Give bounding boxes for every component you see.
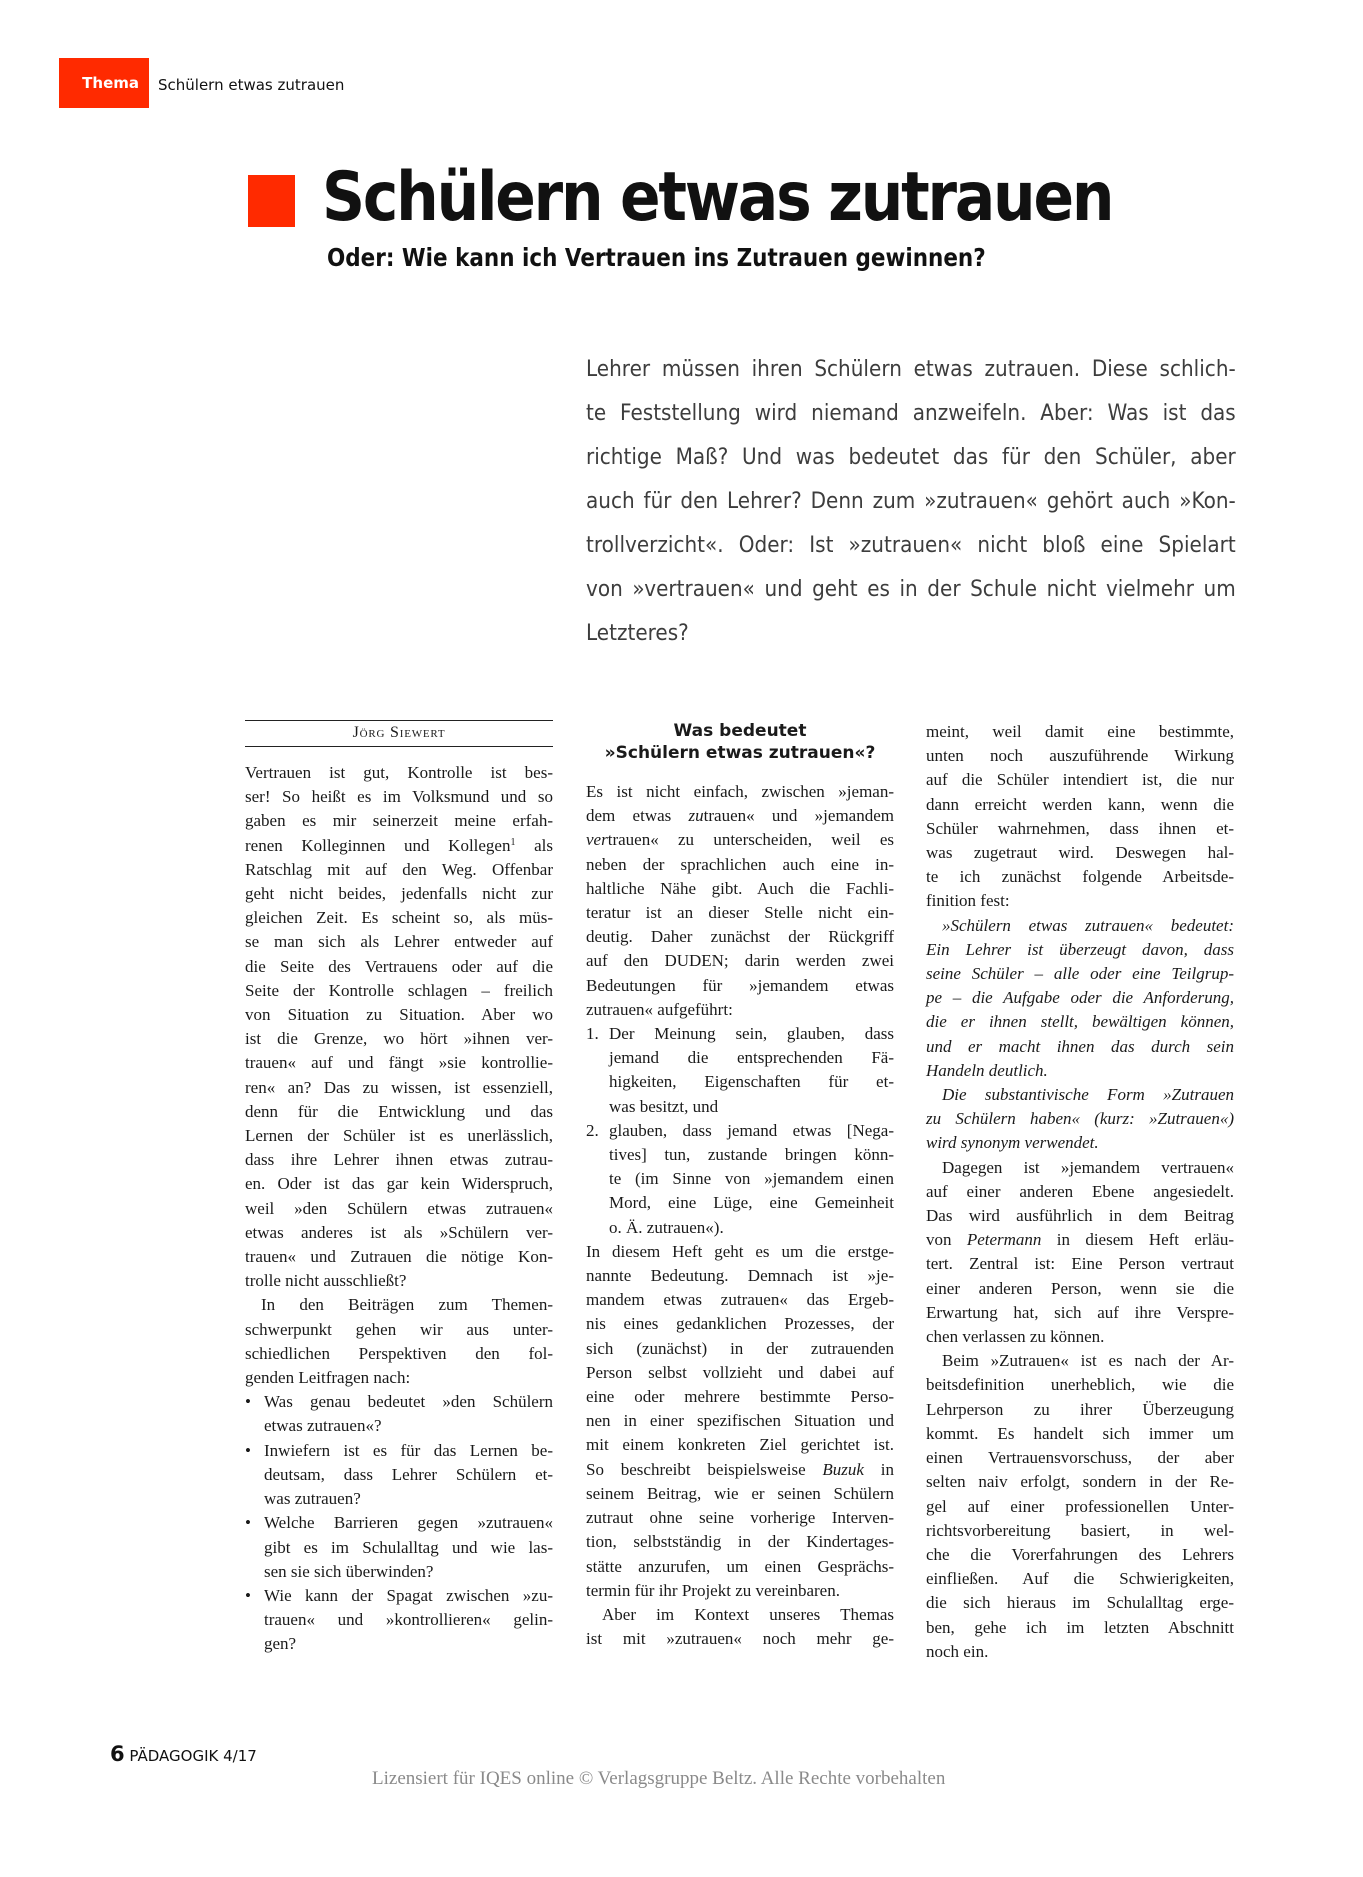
author-reference: Buzuk <box>822 1460 864 1479</box>
definition-intro-paragraph: Es ist nicht einfach, zwischen »jeman- d… <box>586 780 894 1022</box>
text-line: ist die Grenze, wo hört »ihnen ver- <box>245 1027 553 1051</box>
text-line: dass ihre Lehrer ihnen etwas zutrau- <box>245 1148 553 1172</box>
text-line: Wie kann der Spagat zwischen »zu- <box>264 1584 553 1608</box>
text-line: noch ein. <box>926 1640 1234 1664</box>
lead-line: Lehrer müssen ihren Schülern etwas zutra… <box>586 348 1236 392</box>
text-line: wird synonym verwendet. <box>926 1131 1234 1155</box>
heading-line: »Schülern etwas zutrauen«? <box>586 742 894 764</box>
text-line: dann erreicht werden kann, wenn die <box>926 793 1234 817</box>
text-line: gibt es im Schulalltag und wie las- <box>264 1536 553 1560</box>
text-fragment: in <box>864 1460 894 1479</box>
text-line: Die substantivische Form »Zutrauen <box>926 1083 1234 1107</box>
text-line: etwas zutrauen«? <box>264 1414 553 1438</box>
text-line: richtsvorbereitung basiert, in wel- <box>926 1519 1234 1543</box>
synonym-note: Die substantivische Form »Zutrauen zu Sc… <box>926 1083 1234 1156</box>
text-line: ist mit »zutrauen« noch mehr ge- <box>586 1627 894 1651</box>
text-line: die er ihnen stellt, bewältigen können, <box>926 1010 1234 1034</box>
text-line: ben, gehe ich im letzten Abschnitt <box>926 1616 1234 1640</box>
lead-line: richtige Maß? Und was bedeutet das für d… <box>586 436 1236 480</box>
text-line: se man sich als Lehrer entweder auf <box>245 930 553 954</box>
text-line: mandem etwas zutrauen« das Ergeb- <box>586 1288 894 1312</box>
emphasis: zu <box>689 806 704 825</box>
text-line: auf einer anderen Ebene angesiedelt. <box>926 1180 1234 1204</box>
text-line: trauen« und Zutrauen die nötige Kon- <box>245 1245 553 1269</box>
trust-paragraph: Dagegen ist »jemandem vertrauen« auf ein… <box>926 1156 1234 1350</box>
intro-paragraph: Vertrauen ist gut, Kontrolle ist bes- se… <box>245 761 553 1293</box>
text-line: trauen« auf und fängt »sie kontrollie- <box>245 1051 553 1075</box>
text-line: selten naiv erfolgt, sondern in der Re- <box>926 1470 1234 1494</box>
text-line: Mord, eine Lüge, eine Gemeinheit <box>609 1191 894 1215</box>
text-line: seine Schüler – alle oder eine Teilgrup- <box>926 962 1234 986</box>
text-line: die Seite des Vertrauens oder auf die <box>245 955 553 979</box>
text-line: von Situation zu Situation. Aber wo <box>245 1003 553 1027</box>
text-line: Das wird ausführlich in dem Beitrag <box>926 1204 1234 1228</box>
text-line: Vertrauen ist gut, Kontrolle ist bes- <box>245 761 553 785</box>
lead-line: auch für den Lehrer? Denn zum »zutrauen«… <box>586 480 1236 524</box>
text-line: Erwartung hat, sich auf ihre Verspre- <box>926 1301 1234 1325</box>
lead-line: trollverzicht«. Oder: Ist »zutrauen« nic… <box>586 524 1236 568</box>
text-line: termin für ihr Projekt zu vereinbaren. <box>586 1579 894 1603</box>
page-footer: 6 PÄDAGOGIK 4/17 <box>110 1742 257 1766</box>
text-line: che die Vorerfahrungen des Lehrers <box>926 1543 1234 1567</box>
lead-paragraph: Lehrer müssen ihren Schülern etwas zutra… <box>586 348 1236 656</box>
text-line: gel auf einer professionellen Unter- <box>926 1495 1234 1519</box>
author-byline: Jörg Siewert <box>245 720 553 747</box>
bullet-icon: • <box>245 1390 251 1414</box>
text-line: te (im Sinne von »jemandem einen <box>609 1167 894 1191</box>
text-line: en. Oder ist das gar kein Widerspruch, <box>245 1172 553 1196</box>
text-fragment: trauen« zu unterscheiden, weil es <box>608 830 894 849</box>
text-line: einfließen. Auf die Schwierigkeiten, <box>926 1567 1234 1591</box>
text-fragment: dem etwas <box>586 806 689 825</box>
text-line: geht nicht beides, jedenfalls nicht zur <box>245 882 553 906</box>
text-line: deutsam, dass Lehrer Schülern et- <box>264 1463 553 1487</box>
text-line: Es ist nicht einfach, zwischen »jeman- <box>586 780 894 804</box>
bullet-icon: • <box>245 1584 251 1608</box>
text-line: So beschreibt beispielsweise Buzuk in <box>586 1458 894 1482</box>
text-line: In diesem Heft geht es um die erstge- <box>586 1240 894 1264</box>
text-line: glauben, dass jemand etwas [Nega- <box>609 1119 894 1143</box>
column-3: meint, weil damit eine bestimmte, unten … <box>926 720 1234 1664</box>
text-line: etwas anderes ist als »Schülern ver- <box>245 1221 553 1245</box>
text-line: schwerpunkt gehen wir aus unter- <box>245 1318 553 1342</box>
text-line: haltliche Nähe gibt. Auch die Fachli- <box>586 877 894 901</box>
list-item: 2. glauben, dass jemand etwas [Nega- tiv… <box>586 1119 894 1240</box>
text-fragment: renen Kolleginnen und Kollegen <box>245 836 510 855</box>
text-line: eine oder mehrere bestimmte Perso- <box>586 1385 894 1409</box>
text-line: gen? <box>264 1632 553 1656</box>
text-line: ser! So heißt es im Volksmund und so <box>245 785 553 809</box>
lead-line: Letzteres? <box>586 612 1236 656</box>
text-fragment: So beschreibt beispielsweise <box>586 1460 822 1479</box>
text-line: tion, selbstständig in der Kindertages- <box>586 1530 894 1554</box>
text-line: trauen« und »kontrollieren« gelin- <box>264 1608 553 1632</box>
journal-name: PÄDAGOGIK <box>129 1747 218 1765</box>
text-fragment: von <box>926 1230 967 1249</box>
text-line: kommt. Es handelt sich immer um <box>926 1422 1234 1446</box>
bullet-icon: • <box>245 1511 251 1535</box>
lead-line: von »vertrauen« und geht es in der Schul… <box>586 568 1236 612</box>
page-subtitle: Oder: Wie kann ich Vertrauen ins Zutraue… <box>327 243 986 272</box>
text-line: »Schülern etwas zutrauen« bedeutet: <box>926 914 1234 938</box>
text-line: und er macht ihnen das durch sein <box>926 1035 1234 1059</box>
section-heading: Was bedeutet »Schülern etwas zutrauen«? <box>586 720 894 764</box>
text-line: weil »den Schülern etwas zutrauen« <box>245 1197 553 1221</box>
text-line: te ich zunächst folgende Arbeitsde- <box>926 865 1234 889</box>
text-line: chen verlassen zu können. <box>926 1325 1234 1349</box>
text-line: einer anderen Person, wenn sie die <box>926 1277 1234 1301</box>
text-line: tives] tun, zustande bringen könn- <box>609 1143 894 1167</box>
text-line: dem etwas zutrauen« und »jemandem <box>586 804 894 828</box>
text-line: mit einem konkreten Ziel gerichtet ist. <box>586 1433 894 1457</box>
text-line: nen in einer spezifischen Situation und <box>586 1409 894 1433</box>
license-notice: Lizensiert für IQES online © Verlagsgrup… <box>372 1768 945 1790</box>
title-marker-square <box>248 175 295 227</box>
text-line: Der Meinung sein, glauben, dass <box>609 1022 894 1046</box>
text-line: Ein Lehrer ist überzeugt davon, dass <box>926 938 1234 962</box>
text-line: was zutrauen? <box>264 1487 553 1511</box>
text-line: Dagegen ist »jemandem vertrauen« <box>926 1156 1234 1180</box>
text-line: deutig. Daher zunächst der Rückgriff <box>586 925 894 949</box>
text-line: einen Vertrauensvorschuss, der aber <box>926 1446 1234 1470</box>
text-line: jemand die entsprechenden Fä- <box>609 1046 894 1070</box>
text-line: trolle nicht ausschließt? <box>245 1269 553 1293</box>
heading-line: Was bedeutet <box>586 720 894 742</box>
text-line: zutrauen« aufgeführt: <box>586 998 894 1022</box>
text-line: Beim »Zutrauen« ist es nach der Ar- <box>926 1349 1234 1373</box>
list-number: 1. <box>586 1022 599 1046</box>
text-line: zutraut ohne seine vorherige Interven- <box>586 1506 894 1530</box>
text-line: In den Beiträgen zum Themen- <box>245 1293 553 1317</box>
text-line: renen Kolleginnen und Kollegen1 als <box>245 834 553 858</box>
list-item: 1. Der Meinung sein, glauben, dass jeman… <box>586 1022 894 1119</box>
text-line: von Petermann in diesem Heft erläu- <box>926 1228 1234 1252</box>
guiding-questions-list: • Was genau bedeutet »den Schülern etwas… <box>245 1390 553 1656</box>
context-paragraph: Aber im Kontext unseres Themas ist mit »… <box>586 1603 894 1651</box>
text-line: ren« an? Das zu wissen, ist essenziell, <box>245 1076 553 1100</box>
text-line: Schüler wahrnehmen, dass ihnen et- <box>926 817 1234 841</box>
text-line: gaben es mir seinerzeit meine erfah- <box>245 809 553 833</box>
list-item: • Inwiefern ist es für das Lernen be- de… <box>245 1439 553 1512</box>
text-line: sen sie sich überwinden? <box>264 1560 553 1584</box>
text-line: neben der sprachlichen auch eine in- <box>586 853 894 877</box>
page-number: 6 <box>110 1742 125 1766</box>
text-line: Seite der Kontrolle schlagen – freilich <box>245 979 553 1003</box>
text-line: sich (zunächst) in der zutrauenden <box>586 1337 894 1361</box>
text-line: was besitzt, und <box>609 1095 894 1119</box>
list-item: • Wie kann der Spagat zwischen »zu- trau… <box>245 1584 553 1657</box>
text-line: schiedlichen Perspektiven den fol- <box>245 1342 553 1366</box>
text-line: zu Schülern haben« (kurz: »Zutrauen«) <box>926 1107 1234 1131</box>
duden-definitions-list: 1. Der Meinung sein, glauben, dass jeman… <box>586 1022 894 1240</box>
text-fragment: als <box>515 836 553 855</box>
text-line: vertrauen« zu unterscheiden, weil es <box>586 828 894 852</box>
text-line: Lernen der Schüler ist es unerlässlich, <box>245 1124 553 1148</box>
text-line: gleichen Zeit. Es scheint so, als müs- <box>245 906 553 930</box>
page-title: Schülern etwas zutrauen <box>322 158 1112 238</box>
text-line: beitsdefinition unerheblich, wie die <box>926 1373 1234 1397</box>
continuation-paragraph: meint, weil damit eine bestimmte, unten … <box>926 720 1234 914</box>
text-line: seinem Beitrag, wie er seinen Schülern <box>586 1482 894 1506</box>
running-header-topic: Schülern etwas zutrauen <box>158 76 344 94</box>
text-line: finition fest: <box>926 889 1234 913</box>
author-reference: Petermann <box>967 1230 1042 1249</box>
text-line: genden Leitfragen nach: <box>245 1366 553 1390</box>
text-line: Aber im Kontext unseres Themas <box>586 1603 894 1627</box>
text-line: auf den DUDEN; darin werden zwei <box>586 949 894 973</box>
text-line: higkeiten, Eigenschaften für et- <box>609 1070 894 1094</box>
text-line: die sich hieraus im Schulalltag erge- <box>926 1591 1234 1615</box>
text-line: Was genau bedeutet »den Schülern <box>264 1390 553 1414</box>
working-definition: »Schülern etwas zutrauen« bedeutet: Ein … <box>926 914 1234 1083</box>
text-line: pe – die Aufgabe oder die Anforderung, <box>926 986 1234 1010</box>
text-fragment: in diesem Heft erläu- <box>1041 1230 1234 1249</box>
text-line: Lehrperson zu ihrer Überzeugung <box>926 1398 1234 1422</box>
text-line: auf die Schüler intendiert ist, die nur <box>926 768 1234 792</box>
section-badge: Thema <box>59 58 149 108</box>
text-line: nis eines gedanklichen Prozesses, der <box>586 1312 894 1336</box>
text-line: Person selbst vollzieht und dabei auf <box>586 1361 894 1385</box>
first-meaning-paragraph: In diesem Heft geht es um die erstge- na… <box>586 1240 894 1603</box>
text-line: teratur ist an dieser Stelle nicht ein- <box>586 901 894 925</box>
bullet-icon: • <box>245 1439 251 1463</box>
text-line: unten noch auszuführende Wirkung <box>926 744 1234 768</box>
text-line: o. Ä. zutrauen«). <box>609 1216 894 1240</box>
guiding-questions-intro: In den Beiträgen zum Themen- schwerpunkt… <box>245 1293 553 1390</box>
text-line: nannte Bedeutung. Demnach ist »je- <box>586 1264 894 1288</box>
text-line: Ratschlag mit auf den Weg. Offenbar <box>245 858 553 882</box>
emphasis: ver <box>586 830 608 849</box>
column-2: Was bedeutet »Schülern etwas zutrauen«? … <box>586 720 894 1651</box>
text-line: Inwiefern ist es für das Lernen be- <box>264 1439 553 1463</box>
column-1: Jörg Siewert Vertrauen ist gut, Kontroll… <box>245 720 553 1657</box>
confidence-paragraph: Beim »Zutrauen« ist es nach der Ar- beit… <box>926 1349 1234 1664</box>
text-line: stätte anzurufen, um einen Gesprächs- <box>586 1555 894 1579</box>
text-line: meint, weil damit eine bestimmte, <box>926 720 1234 744</box>
text-line: Handeln deutlich. <box>926 1059 1234 1083</box>
text-line: tert. Zentral ist: Eine Person vertraut <box>926 1252 1234 1276</box>
list-number: 2. <box>586 1119 599 1143</box>
list-item: • Welche Barrieren gegen »zutrauen« gibt… <box>245 1511 553 1584</box>
text-line: was zugetraut wird. Deswegen hal- <box>926 841 1234 865</box>
list-item: • Was genau bedeutet »den Schülern etwas… <box>245 1390 553 1438</box>
text-line: Welche Barrieren gegen »zutrauen« <box>264 1511 553 1535</box>
text-line: denn für die Entwicklung und das <box>245 1100 553 1124</box>
lead-line: te Feststellung wird niemand anzweifeln.… <box>586 392 1236 436</box>
section-badge-label: Thema <box>82 74 139 92</box>
text-fragment: trauen« und »jemandem <box>704 806 894 825</box>
text-line: Bedeutungen für »jemandem etwas <box>586 974 894 998</box>
issue-number: 4/17 <box>223 1747 257 1765</box>
